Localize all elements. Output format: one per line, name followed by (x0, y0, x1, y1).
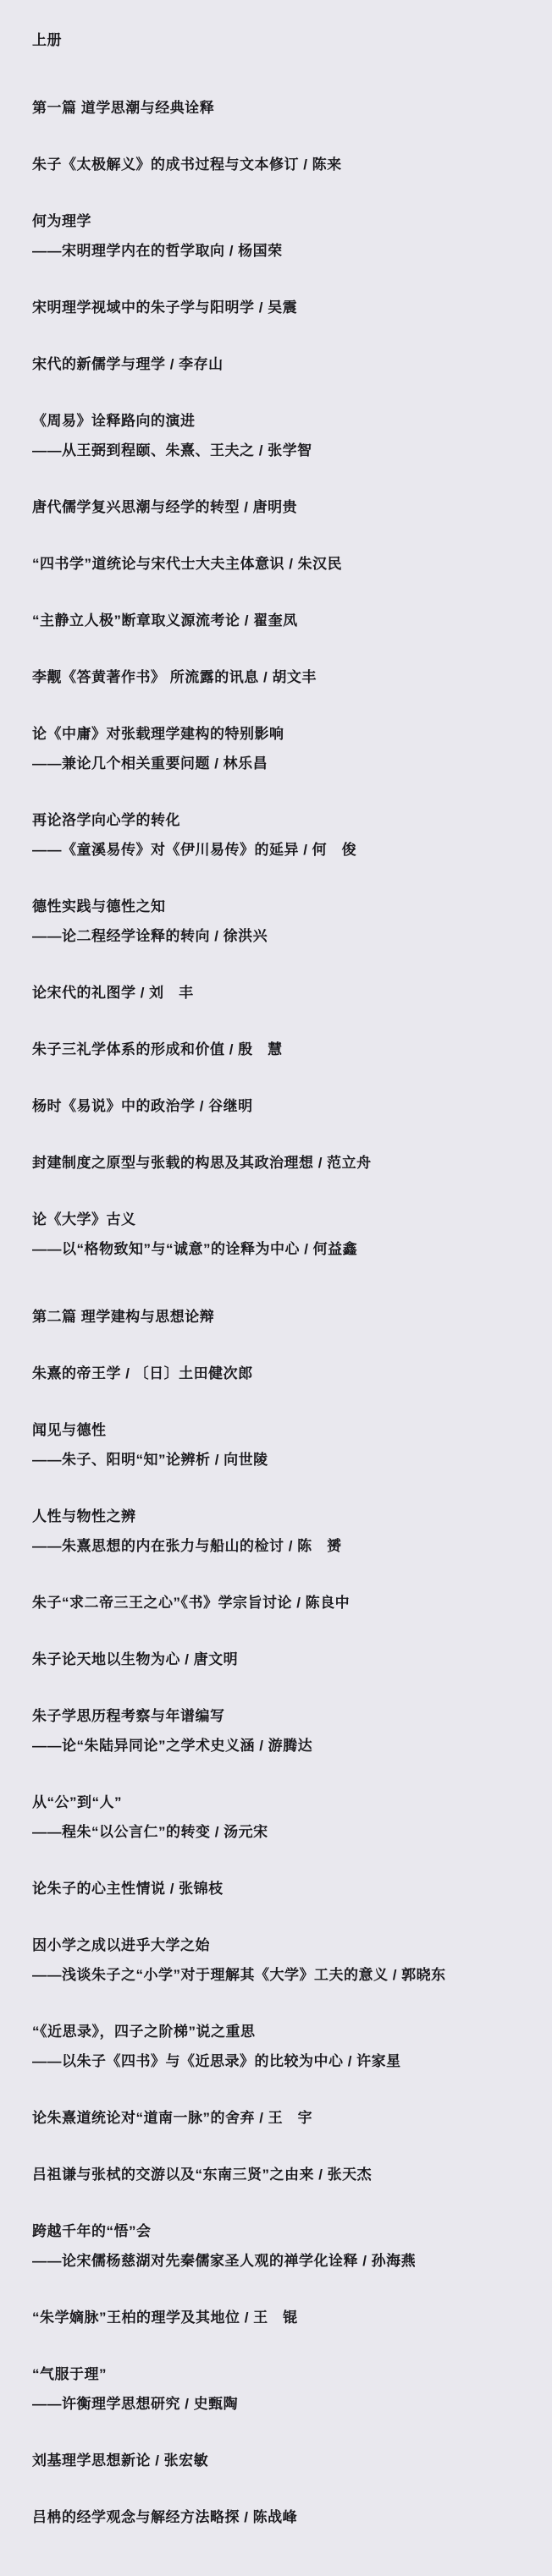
toc-entry: 封建制度之原型与张载的构思及其政治理想 / 范立舟 (32, 1153, 528, 1173)
entry-title: 再论洛学向心学的转化 (32, 810, 528, 831)
entry-subtitle: ——朱子、阳明“知”论辨析 / 向世陵 (32, 1450, 528, 1470)
entry-subtitle: ——以“格物致知”与“诚意”的诠释为中心 / 何益鑫 (32, 1239, 528, 1260)
toc-entry: 论朱熹道统论对“道南一脉”的舍弃 / 王 宇 (32, 2108, 528, 2128)
toc-entry: 跨越千年的“悟”会——论宋儒杨慈湖对先秦儒家圣人观的禅学化诠释 / 孙海燕 (32, 2222, 528, 2271)
entry-subtitle: ——兼论几个相关重要问题 / 林乐昌 (32, 754, 528, 774)
entry-title: 论《大学》古义 (32, 1210, 528, 1230)
entry-title: 从“公”到“人” (32, 1793, 528, 1813)
toc-entry: 朱子“求二帝三王之心”《书》学宗旨讨论 / 陈良中 (32, 1593, 528, 1613)
entry-title: 跨越千年的“悟”会 (32, 2222, 528, 2242)
toc-list: 第一篇 道学思潮与经典诠释朱子《太极解义》的成书过程与文本修订 / 陈来何为理学… (32, 98, 528, 2528)
toc-entry: “《近思录》，四子之阶梯”说之重思——以朱子《四书》与《近思录》的比较为中心 /… (32, 2022, 528, 2072)
entry-title: 宋明理学视域中的朱子学与阳明学 / 吴震 (32, 298, 528, 318)
section-title: 第一篇 道学思潮与经典诠释 (32, 98, 528, 118)
entry-title: “朱学嫡脉”王柏的理学及其地位 / 王 锟 (32, 2308, 528, 2328)
toc-entry: 论《中庸》对张载理学建构的特别影响——兼论几个相关重要问题 / 林乐昌 (32, 724, 528, 774)
toc-entry: 论《大学》古义——以“格物致知”与“诚意”的诠释为中心 / 何益鑫 (32, 1210, 528, 1260)
toc-entry: 朱熹的帝王学 / 〔日〕土田健次郎 (32, 1364, 528, 1384)
entry-title: 李觏《答黄著作书》 所流露的讯息 / 胡文丰 (32, 667, 528, 688)
entry-title: 朱子学思历程考察与年谱编写 (32, 1706, 528, 1727)
entry-title: 朱子论天地以生物为心 / 唐文明 (32, 1650, 528, 1670)
toc-entry: 朱子《太极解义》的成书过程与文本修订 / 陈来 (32, 155, 528, 175)
toc-entry: 唐代儒学复兴思潮与经学的转型 / 唐明贵 (32, 497, 528, 518)
entry-title: “气服于理” (32, 2365, 528, 2385)
entry-title: 论朱熹道统论对“道南一脉”的舍弃 / 王 宇 (32, 2108, 528, 2128)
entry-subtitle: ——论“朱陆异同论”之学术史义涵 / 游腾达 (32, 1736, 528, 1756)
entry-title: 朱熹的帝王学 / 〔日〕土田健次郎 (32, 1364, 528, 1384)
volume-label: 上册 (32, 30, 528, 51)
entry-title: 封建制度之原型与张载的构思及其政治理想 / 范立舟 (32, 1153, 528, 1173)
toc-entry: 李觏《答黄著作书》 所流露的讯息 / 胡文丰 (32, 667, 528, 688)
entry-title: 论宋代的礼图学 / 刘 丰 (32, 983, 528, 1003)
entry-title: 论《中庸》对张载理学建构的特别影响 (32, 724, 528, 744)
entry-subtitle: ——从王弼到程颐、朱熹、王夫之 / 张学智 (32, 441, 528, 461)
toc-entry: 杨时《易说》中的政治学 / 谷继明 (32, 1096, 528, 1117)
toc-entry: 再论洛学向心学的转化——《童溪易传》对《伊川易传》的延异 / 何 俊 (32, 810, 528, 860)
toc-entry: 论朱子的心主性情说 / 张锦枝 (32, 1879, 528, 1899)
toc-entry: 闻见与德性——朱子、阳明“知”论辨析 / 向世陵 (32, 1420, 528, 1470)
entry-title: 朱子三礼学体系的形成和价值 / 殷 慧 (32, 1040, 528, 1060)
entry-title: 刘基理学思想新论 / 张宏敏 (32, 2451, 528, 2471)
toc-entry: “主静立人极”断章取义源流考论 / 翟奎凤 (32, 611, 528, 631)
toc-entry: 何为理学——宋明理学内在的哲学取向 / 杨国荣 (32, 211, 528, 261)
toc-entry: 宋代的新儒学与理学 / 李存山 (32, 354, 528, 375)
entry-title: 宋代的新儒学与理学 / 李存山 (32, 354, 528, 375)
entry-subtitle: ——以朱子《四书》与《近思录》的比较为中心 / 许家星 (32, 2051, 528, 2072)
toc-entry: 德性实践与德性之知——论二程经学诠释的转向 / 徐洪兴 (32, 897, 528, 947)
toc-entry: 朱子学思历程考察与年谱编写——论“朱陆异同论”之学术史义涵 / 游腾达 (32, 1706, 528, 1756)
entry-subtitle: ——论二程经学诠释的转向 / 徐洪兴 (32, 926, 528, 947)
entry-subtitle: ——《童溪易传》对《伊川易传》的延异 / 何 俊 (32, 840, 528, 860)
entry-title: 人性与物性之辨 (32, 1507, 528, 1527)
entry-title: 因小学之成以进乎大学之始 (32, 1936, 528, 1956)
entry-title: 论朱子的心主性情说 / 张锦枝 (32, 1879, 528, 1899)
toc-entry: 因小学之成以进乎大学之始——浅谈朱子之“小学”对于理解其《大学》工夫的意义 / … (32, 1936, 528, 1986)
toc-entry: 宋明理学视域中的朱子学与阳明学 / 吴震 (32, 298, 528, 318)
entry-subtitle: ——许衡理学思想研究 / 史甄陶 (32, 2394, 528, 2414)
entry-title: 朱子《太极解义》的成书过程与文本修订 / 陈来 (32, 155, 528, 175)
toc-entry: 吕祖谦与张栻的交游以及“东南三贤”之由来 / 张天杰 (32, 2165, 528, 2185)
entry-subtitle: ——朱熹思想的内在张力与船山的检讨 / 陈 赟 (32, 1536, 528, 1557)
toc-entry: 论宋代的礼图学 / 刘 丰 (32, 983, 528, 1003)
toc-page: 上册 第一篇 道学思潮与经典诠释朱子《太极解义》的成书过程与文本修订 / 陈来何… (0, 0, 552, 2576)
entry-subtitle: ——论宋儒杨慈湖对先秦儒家圣人观的禅学化诠释 / 孙海燕 (32, 2251, 528, 2271)
entry-title: 吕祖谦与张栻的交游以及“东南三贤”之由来 / 张天杰 (32, 2165, 528, 2185)
toc-entry: 人性与物性之辨——朱熹思想的内在张力与船山的检讨 / 陈 赟 (32, 1507, 528, 1557)
entry-subtitle: ——宋明理学内在的哲学取向 / 杨国荣 (32, 241, 528, 261)
toc-entry: 吕柟的经学观念与解经方法略探 / 陈战峰 (32, 2507, 528, 2528)
entry-title: 吕柟的经学观念与解经方法略探 / 陈战峰 (32, 2507, 528, 2528)
entry-title: 唐代儒学复兴思潮与经学的转型 / 唐明贵 (32, 497, 528, 518)
entry-title: 德性实践与德性之知 (32, 897, 528, 917)
toc-entry: 朱子论天地以生物为心 / 唐文明 (32, 1650, 528, 1670)
entry-subtitle: ——浅谈朱子之“小学”对于理解其《大学》工夫的意义 / 郭晓东 (32, 1965, 528, 1986)
toc-entry: “气服于理”——许衡理学思想研究 / 史甄陶 (32, 2365, 528, 2414)
entry-title: 杨时《易说》中的政治学 / 谷继明 (32, 1096, 528, 1117)
toc-entry: 刘基理学思想新论 / 张宏敏 (32, 2451, 528, 2471)
entry-title: 朱子“求二帝三王之心”《书》学宗旨讨论 / 陈良中 (32, 1593, 528, 1613)
entry-title: “四书学”道统论与宋代士大夫主体意识 / 朱汉民 (32, 554, 528, 574)
entry-title: “主静立人极”断章取义源流考论 / 翟奎凤 (32, 611, 528, 631)
entry-title: 《周易》诠释路向的演进 (32, 411, 528, 431)
toc-entry: 朱子三礼学体系的形成和价值 / 殷 慧 (32, 1040, 528, 1060)
toc-entry: 从“公”到“人”——程朱“以公言仁”的转变 / 汤元宋 (32, 1793, 528, 1843)
entry-title: “《近思录》，四子之阶梯”说之重思 (32, 2022, 528, 2042)
entry-subtitle: ——程朱“以公言仁”的转变 / 汤元宋 (32, 1822, 528, 1843)
toc-entry: 《周易》诠释路向的演进——从王弼到程颐、朱熹、王夫之 / 张学智 (32, 411, 528, 461)
toc-entry: “朱学嫡脉”王柏的理学及其地位 / 王 锟 (32, 2308, 528, 2328)
section-title: 第二篇 理学建构与思想论辩 (32, 1307, 528, 1327)
entry-title: 何为理学 (32, 211, 528, 232)
toc-entry: “四书学”道统论与宋代士大夫主体意识 / 朱汉民 (32, 554, 528, 574)
entry-title: 闻见与德性 (32, 1420, 528, 1441)
